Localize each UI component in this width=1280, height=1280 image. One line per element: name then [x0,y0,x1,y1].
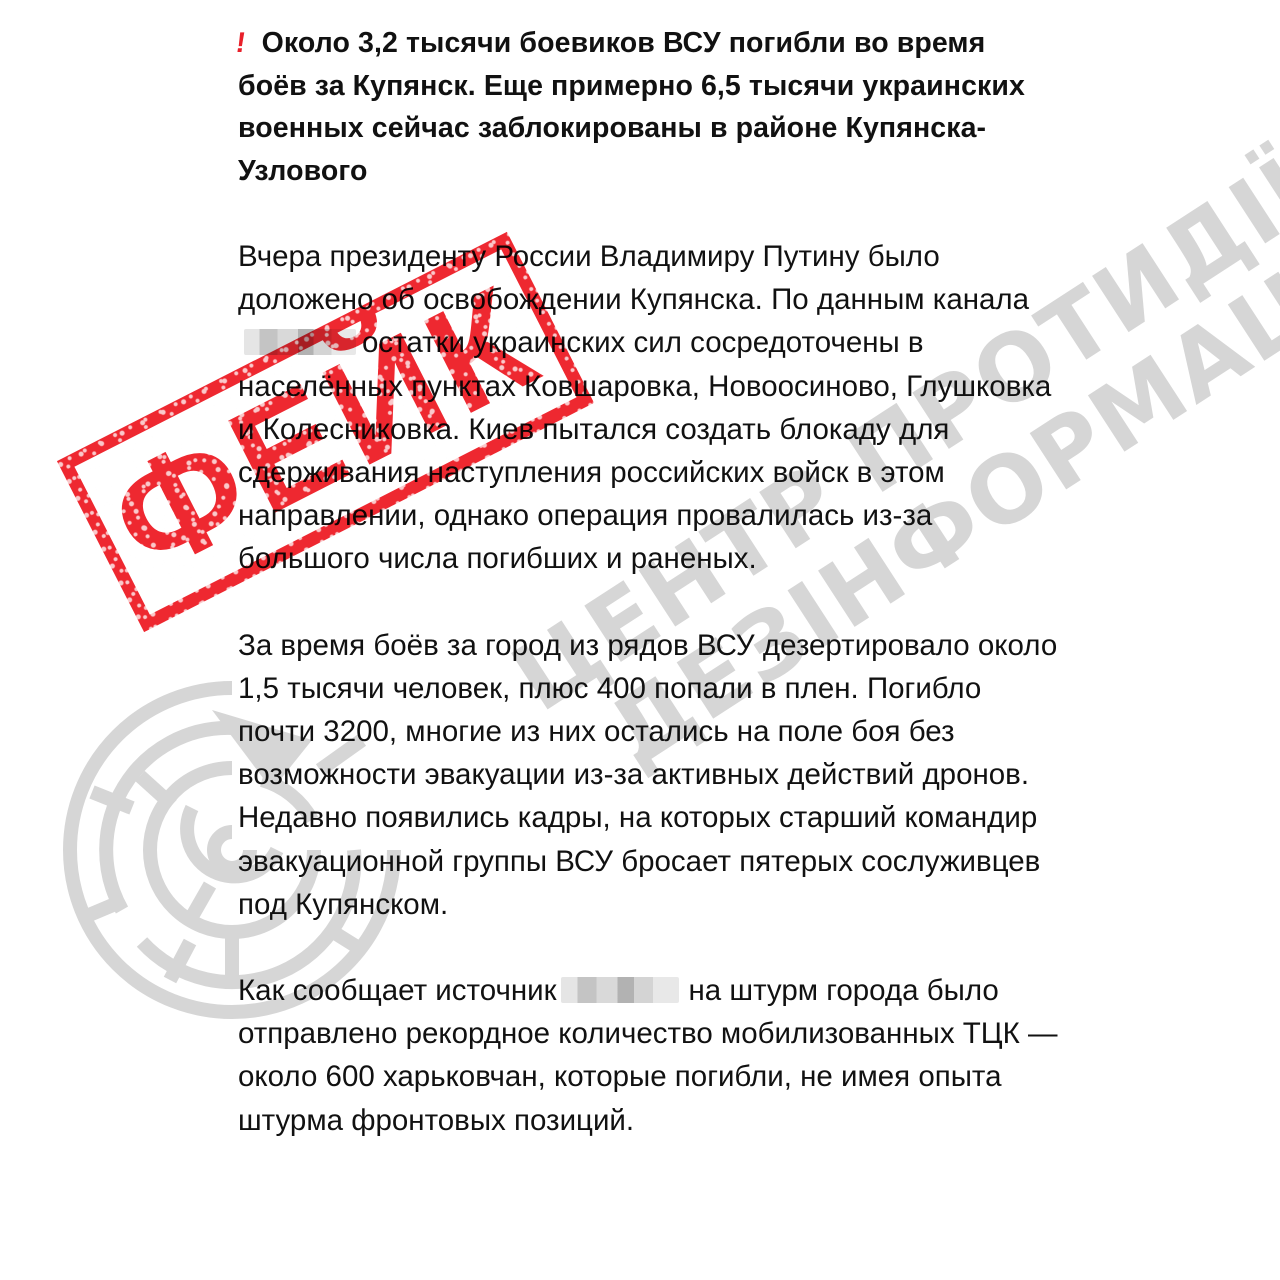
paragraph-1-text-b: остатки украинских сил сосредоточены в н… [238,326,1051,575]
paragraph-1-text-a: Вчера президенту России Владимиру Путину… [238,240,1029,316]
post-headline: !Около 3,2 тысячи боевиков ВСУ погибли в… [238,22,1058,192]
paragraph-3-text-a: Как сообщает источник [238,974,557,1007]
post-body: !Около 3,2 тысячи боевиков ВСУ погибли в… [238,22,1058,1142]
paragraph-3: Как сообщает источникна штурм города был… [238,969,1058,1142]
exclamation-mark-icon: ! [233,22,249,65]
redacted-channel-name [244,329,356,355]
headline-text: Около 3,2 тысячи боевиков ВСУ погибли во… [238,27,1025,187]
paragraph-1: Вчера президенту России Владимиру Путину… [238,235,1058,581]
redacted-source-name [561,977,679,1003]
paragraph-2: За время боёв за город из рядов ВСУ дезе… [238,624,1058,926]
